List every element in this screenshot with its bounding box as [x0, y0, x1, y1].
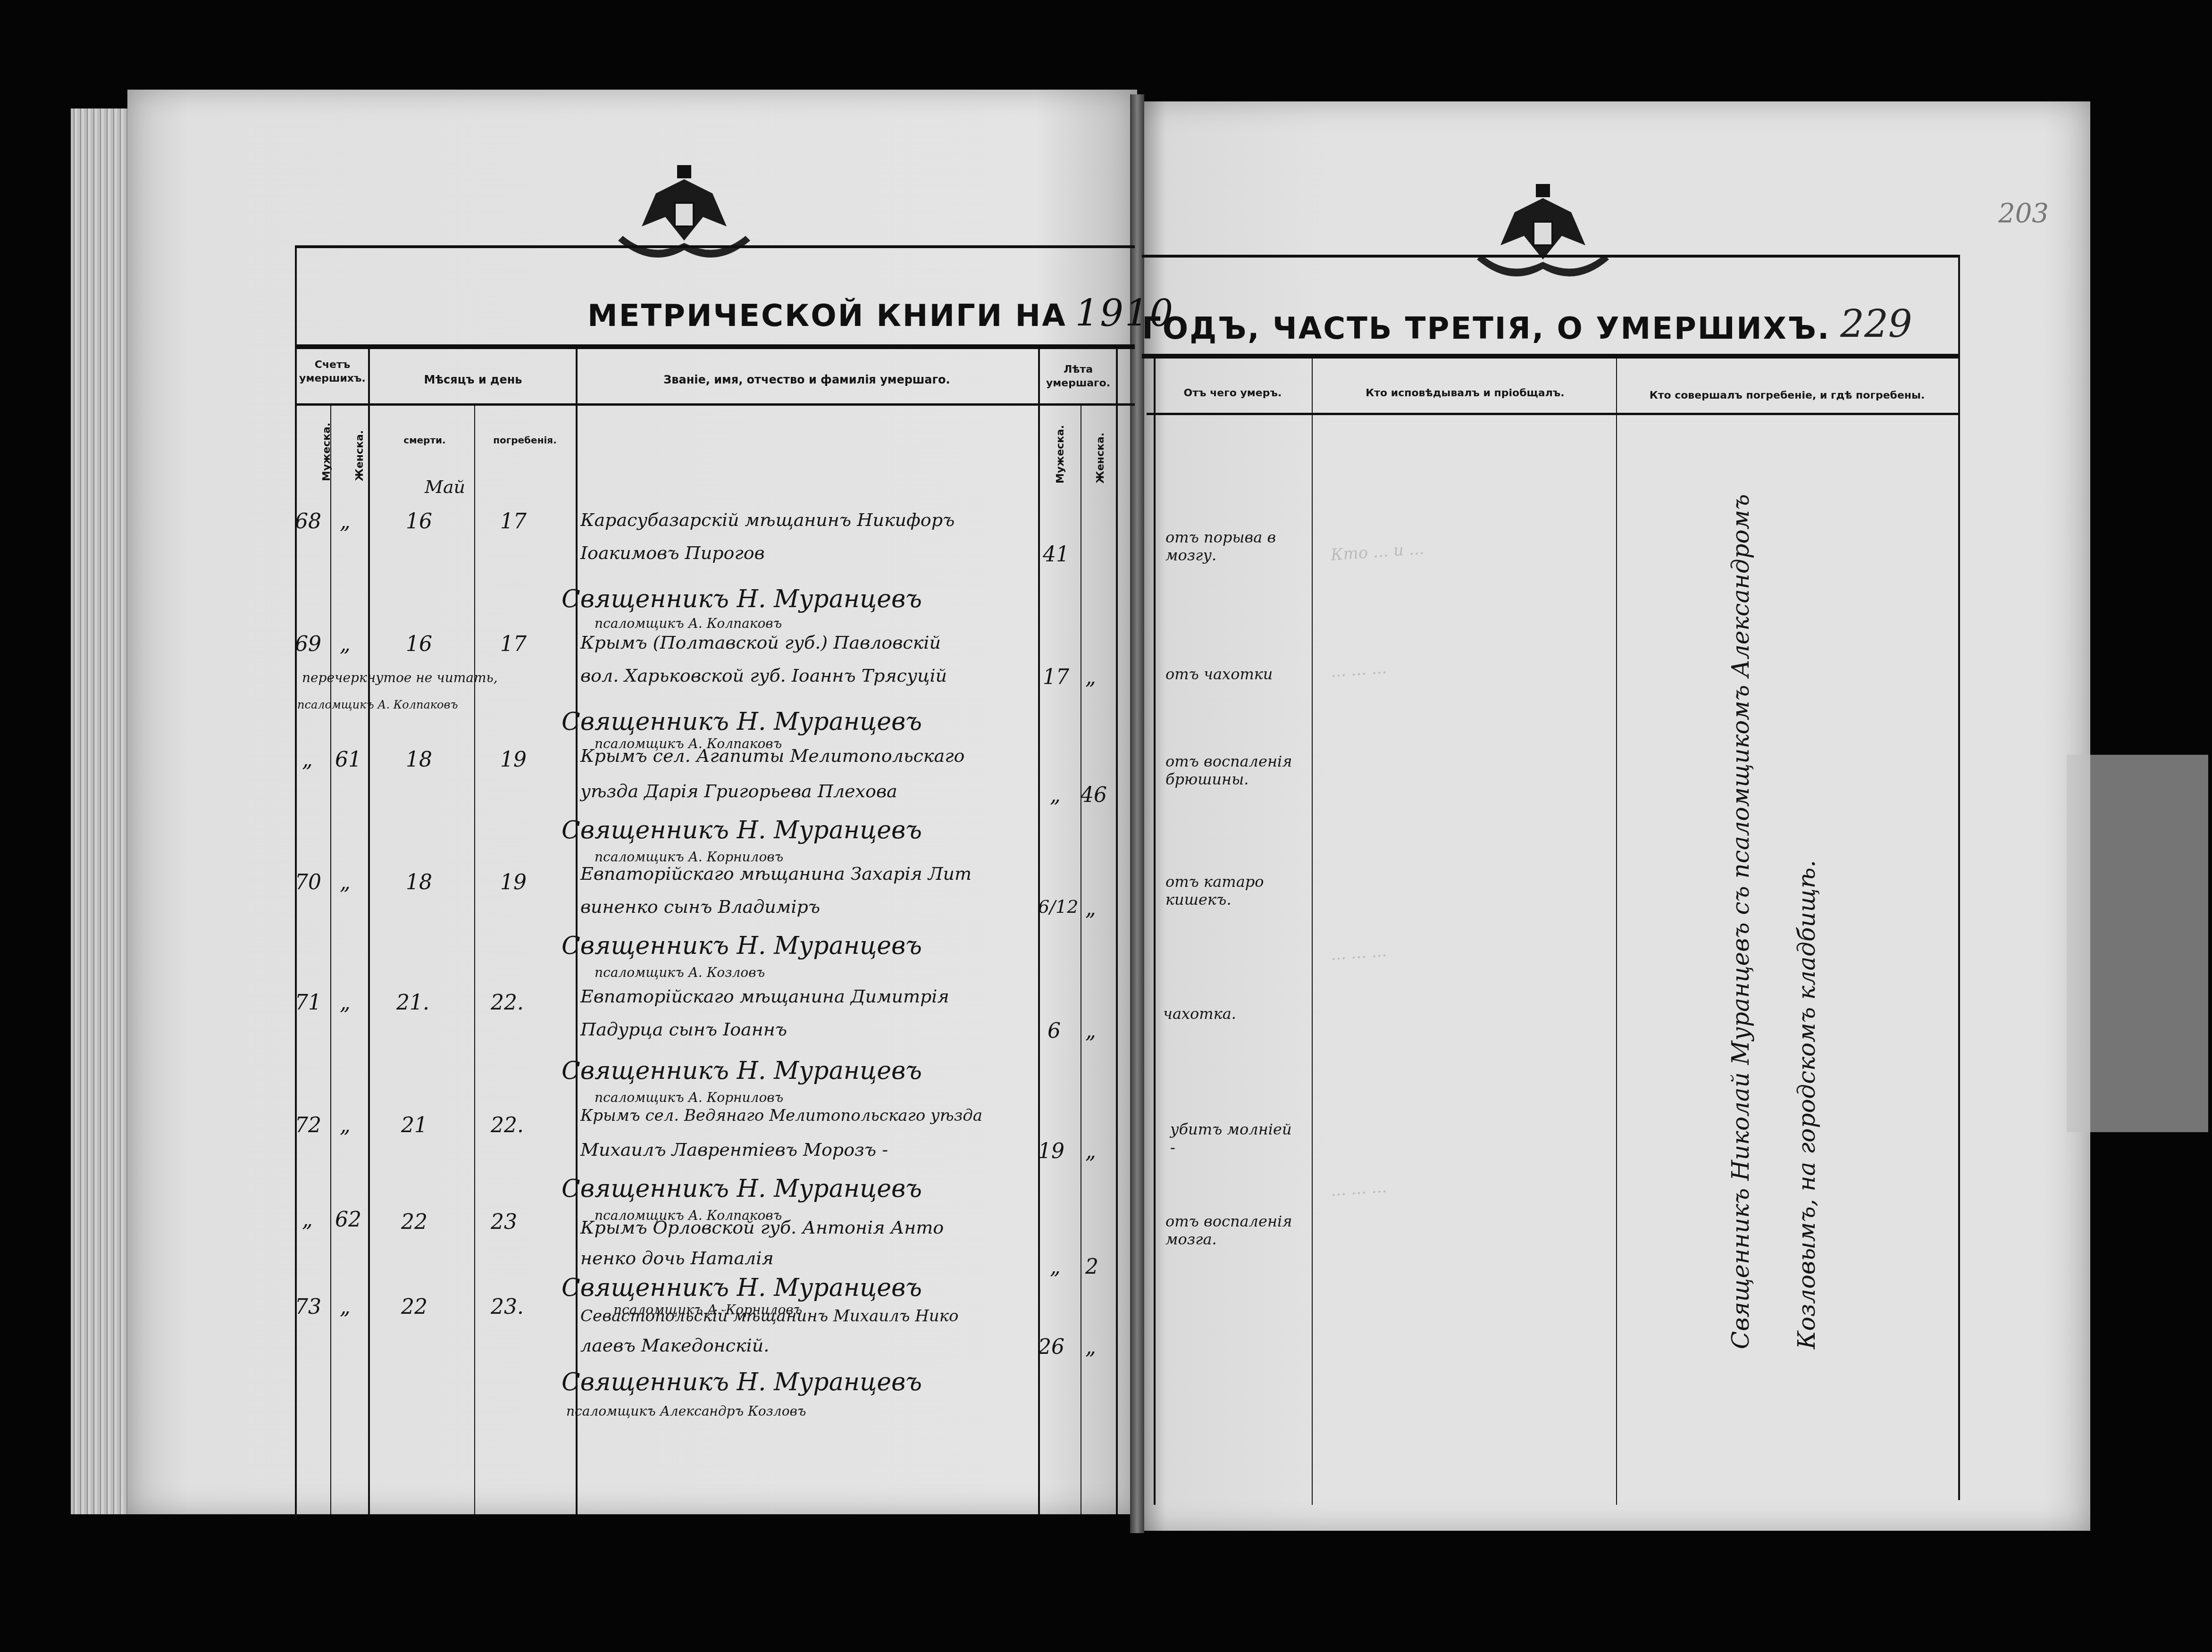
- female-number: „: [340, 632, 351, 656]
- male-number: 68: [295, 509, 321, 534]
- burial-note-line2: Козловымъ, на городскомъ кладбищѣ.: [1793, 731, 1820, 1349]
- priest-signature: Священникъ Н. Муранцевъ: [561, 932, 922, 960]
- pencil-folio-number: 203: [1998, 198, 2049, 229]
- male-number: „: [302, 748, 313, 772]
- burial-day: 19: [500, 748, 527, 772]
- burial-day: 22.: [491, 1113, 524, 1137]
- age-male: „: [1050, 783, 1061, 807]
- cause-of-death: отъ катаро кишекъ.: [1165, 873, 1302, 909]
- title-rule-left: [295, 344, 1135, 349]
- priest-signature: Священникъ Н. Муранцевъ: [561, 1175, 922, 1203]
- death-day: 22: [401, 1210, 427, 1234]
- torn-paper-edge: [2067, 755, 2208, 1132]
- priest-signature: Священникъ Н. Муранцевъ: [561, 1057, 922, 1085]
- clerk-signature: псаломщикъ А. Козловъ: [595, 965, 765, 980]
- top-rule-left: [295, 245, 1135, 248]
- page-number: 229: [1840, 302, 1912, 346]
- female-number: 61: [335, 748, 361, 772]
- deceased-name-line1: Крымъ Орловской губ. Антонія Анто: [580, 1217, 944, 1238]
- female-number: „: [340, 870, 351, 894]
- deceased-name-line2: лаевъ Македонскій.: [580, 1335, 769, 1356]
- header-burial-by: Кто совершалъ погребеніе, и гдѣ погребен…: [1618, 389, 1956, 403]
- age-female: 2: [1085, 1255, 1098, 1279]
- age-male: 17: [1043, 665, 1069, 689]
- header-count-female: Женска.: [354, 415, 366, 481]
- death-day: 16: [406, 632, 432, 656]
- deceased-name-line2: вол. Харьковской губ. Іоаннъ Трясуцій: [580, 665, 947, 686]
- clerk-signature: псаломщикъ А. Колпаковъ: [595, 616, 782, 631]
- deceased-name-line1: Севастопольскій мѣщанинъ Михаилъ Нико: [580, 1307, 959, 1326]
- deceased-name-line1: Евпаторійскаго мѣщанина Димитрія: [580, 986, 949, 1007]
- header-age: Лѣта умершаго.: [1040, 363, 1116, 390]
- month-label: Май: [425, 476, 465, 497]
- deceased-name-line2: виненко сынъ Владиміръ: [580, 896, 820, 917]
- age-male: „: [1050, 1255, 1061, 1279]
- cause-of-death: чахотка.: [1163, 1005, 1236, 1023]
- death-day: 18: [406, 748, 432, 772]
- deceased-name-line2: Михаилъ Лаврентіевъ Морозъ -: [580, 1139, 888, 1160]
- clerk-signature: псаломщикъ А. Корниловъ: [595, 1090, 783, 1105]
- table-border-right: [1958, 255, 1960, 1500]
- deceased-name-line1: Карасубазарскій мѣщанинъ Никифоръ: [580, 509, 955, 530]
- deceased-name-line2: Іоакимовъ Пирогов: [580, 542, 765, 563]
- age-male: 19: [1038, 1139, 1064, 1163]
- cause-of-death: отъ чахотки: [1165, 665, 1273, 683]
- bleed-through-text: ... ... ...: [1330, 1177, 1387, 1200]
- header-burial: погребенія.: [477, 434, 573, 446]
- priest-signature: Священникъ Н. Муранцевъ: [561, 708, 922, 736]
- priest-signature: Священникъ Н. Муранцевъ: [561, 816, 922, 844]
- clerk-signature: псаломщикъ А. Корниловъ: [595, 849, 783, 865]
- cause-of-death: отъ воспаленія мозга.: [1165, 1212, 1302, 1248]
- age-female: „: [1085, 896, 1096, 920]
- age-male: 6: [1047, 1019, 1061, 1043]
- female-number: „: [340, 1295, 351, 1319]
- burial-day: 23.: [491, 1295, 524, 1319]
- priest-signature: Священникъ Н. Муранцевъ: [561, 1274, 922, 1302]
- death-day: 22: [401, 1295, 427, 1319]
- col-divider: [1312, 359, 1313, 1505]
- age-female: 46: [1081, 783, 1107, 807]
- header-death: смерти.: [377, 434, 472, 446]
- male-number: 71: [295, 991, 321, 1015]
- burial-day: 17: [500, 509, 527, 534]
- col-divider: [474, 406, 475, 1514]
- death-day: 18: [406, 870, 432, 894]
- male-number: 73: [295, 1295, 321, 1319]
- header-count: Счетъ умершихъ.: [298, 359, 367, 385]
- death-day: 21.: [396, 991, 429, 1015]
- death-day: 21: [401, 1113, 427, 1137]
- age-male: 6/12: [1038, 896, 1078, 917]
- burial-day: 17: [500, 632, 527, 656]
- col-divider: [1116, 349, 1118, 1514]
- age-male: 41: [1043, 542, 1069, 567]
- female-number: „: [340, 1113, 351, 1137]
- title-rule-right: [1142, 354, 1958, 359]
- imperial-eagle-emblem-icon: [1472, 179, 1614, 288]
- header-rule-right: [1147, 413, 1958, 415]
- margin-note: перечеркнутое не читать,: [302, 670, 498, 685]
- header-count-male: Мужескa.: [321, 415, 333, 481]
- header-name: Званіе, имя, отчество и фамилія умершаго…: [580, 373, 1033, 387]
- male-number: 69: [295, 632, 321, 656]
- col-divider: [1616, 359, 1617, 1505]
- header-age-female: Женска.: [1095, 417, 1106, 484]
- book-title-left: МЕТРИЧЕСКОЙ КНИГИ НА1910: [587, 292, 1174, 335]
- age-female: „: [1085, 1139, 1096, 1163]
- cause-of-death: убитъ молніей -: [1170, 1120, 1298, 1156]
- priest-signature: Священникъ Н. Муранцевъ: [561, 585, 922, 613]
- header-age-male: Мужеска.: [1055, 417, 1066, 484]
- age-female: „: [1085, 665, 1096, 689]
- female-number: „: [340, 991, 351, 1015]
- header-month-day: Мѣсяцъ и день: [373, 373, 573, 387]
- deceased-name-line2: ненко дочь Наталія: [580, 1248, 774, 1268]
- header-confessor: Кто исповѣдывалъ и пріобщалъ.: [1316, 387, 1614, 400]
- bleed-through-text: ... ... ...: [1330, 659, 1387, 681]
- deceased-name-line2: Падурца сынъ Іоаннъ: [580, 1019, 787, 1040]
- female-number: 62: [335, 1208, 361, 1232]
- burial-day: 19: [500, 870, 527, 894]
- burial-day: 23: [491, 1210, 517, 1234]
- deceased-name-line1: Крымъ (Полтавской губ.) Павловскій: [580, 632, 941, 653]
- margin-note: псаломщикъ А. Колпаковъ: [297, 698, 458, 711]
- bleed-through-text: ... ... ...: [1330, 942, 1387, 964]
- book-title-right: ГОДЪ, ЧАСТЬ ТРЕТІЯ, О УМЕРШИХЪ.: [1142, 311, 1830, 346]
- age-female: „: [1085, 1019, 1096, 1043]
- priest-signature: Священникъ Н. Муранцевъ: [561, 1368, 922, 1396]
- male-number: „: [302, 1208, 313, 1232]
- deceased-name-line1: Евпаторійскаго мѣщанина Захарія Лит: [580, 863, 972, 884]
- age-female: „: [1085, 1335, 1096, 1359]
- deceased-name-line1: Крымъ сел. Агапиты Мелитопольскаго: [580, 745, 964, 766]
- col-divider: [330, 406, 331, 1514]
- col-divider: [368, 349, 370, 1514]
- clerk-signature: псаломщикъ Александръ Козловъ: [566, 1403, 806, 1419]
- header-cause: Отъ чего умеръ.: [1156, 387, 1309, 400]
- title-text: МЕТРИЧЕСКОЙ КНИГИ НА: [587, 299, 1067, 334]
- imperial-eagle-emblem-icon: [613, 160, 755, 269]
- cause-of-death: отъ воспаленія брюшины.: [1165, 752, 1307, 788]
- header-rule-left: [295, 403, 1135, 406]
- page-stack-edge: [71, 108, 132, 1514]
- deceased-name-line2: уѣзда Дарія Григорьева Плехова: [580, 781, 897, 801]
- col-divider: [1081, 406, 1081, 1514]
- age-male: 26: [1038, 1335, 1064, 1359]
- burial-day: 22.: [491, 991, 524, 1015]
- male-number: 72: [295, 1113, 321, 1137]
- col-divider: [1154, 359, 1156, 1505]
- male-number: 70: [295, 870, 321, 894]
- deceased-name-line1: Крымъ сел. Ведянаго Мелитопольскаго уѣзд…: [580, 1106, 982, 1125]
- top-rule-right: [1142, 255, 1958, 258]
- death-day: 16: [406, 509, 432, 534]
- burial-note-line1: Священникъ Николай Муранцевъ съ псаломщи…: [1727, 453, 1754, 1349]
- cause-of-death: отъ порыва в мозгу.: [1165, 528, 1302, 564]
- female-number: „: [340, 509, 351, 534]
